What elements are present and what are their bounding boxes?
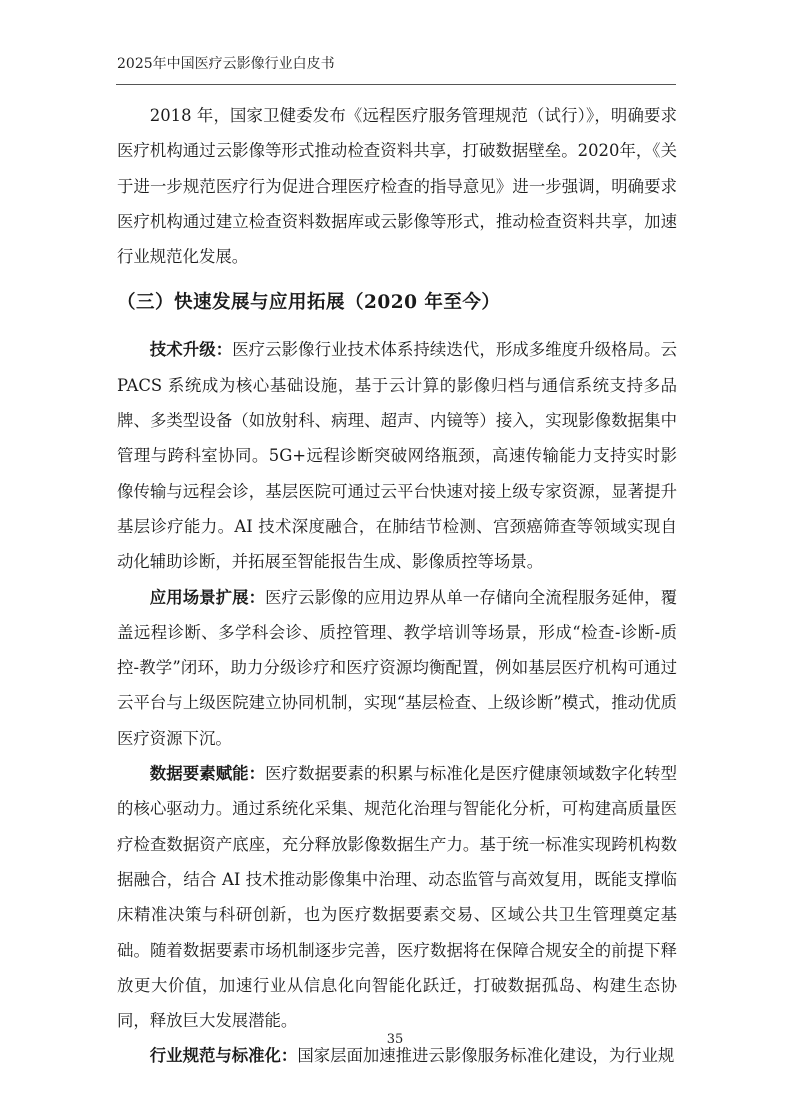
paragraph-lead: 行业规范与标准化： (150, 1046, 298, 1065)
page-number: 35 (0, 1032, 790, 1047)
paragraph-lead: 技术升级： (150, 340, 232, 359)
paragraph-lead: 应用场景扩展： (150, 588, 265, 607)
paragraph-text: 医疗云影像的应用边界从单一存储向全流程服务延伸，覆盖远程诊断、多学科会诊、质控管… (117, 588, 677, 748)
paragraph-data-empowerment: 数据要素赋能：医疗数据要素的积累与标准化是医疗健康领域数字化转型的核心驱动力。通… (117, 756, 677, 1038)
paragraph-text: 医疗数据要素的积累与标准化是医疗健康领域数字化转型的核心驱动力。通过系统化采集、… (117, 764, 677, 1030)
paragraph-application-scenarios: 应用场景扩展：医疗云影像的应用边界从单一存储向全流程服务延伸，覆盖远程诊断、多学… (117, 580, 677, 756)
section-heading: （三）快速发展与应用拓展（2020 年至今） (117, 288, 677, 318)
paragraph-policy-history: 2018 年，国家卫健委发布《远程医疗服务管理规范（试行）》，明确要求医疗机构通… (117, 98, 677, 274)
paragraph-text: 国家层面加速推进云影像服务标准化建设，为行业规 (297, 1046, 674, 1065)
paragraph-lead: 数据要素赋能： (150, 764, 265, 783)
header-rule (116, 84, 676, 85)
paragraph-text: 医疗云影像行业技术体系持续迭代，形成多维度升级格局。云 PACS 系统成为核心基… (117, 340, 677, 571)
running-header: 2025年中国医疗云影像行业白皮书 (117, 54, 335, 74)
page-body: 2018 年，国家卫健委发布《远程医疗服务管理规范（试行）》，明确要求医疗机构通… (117, 98, 677, 1074)
paragraph-tech-upgrade: 技术升级：医疗云影像行业技术体系持续迭代，形成多维度升级格局。云 PACS 系统… (117, 332, 677, 579)
